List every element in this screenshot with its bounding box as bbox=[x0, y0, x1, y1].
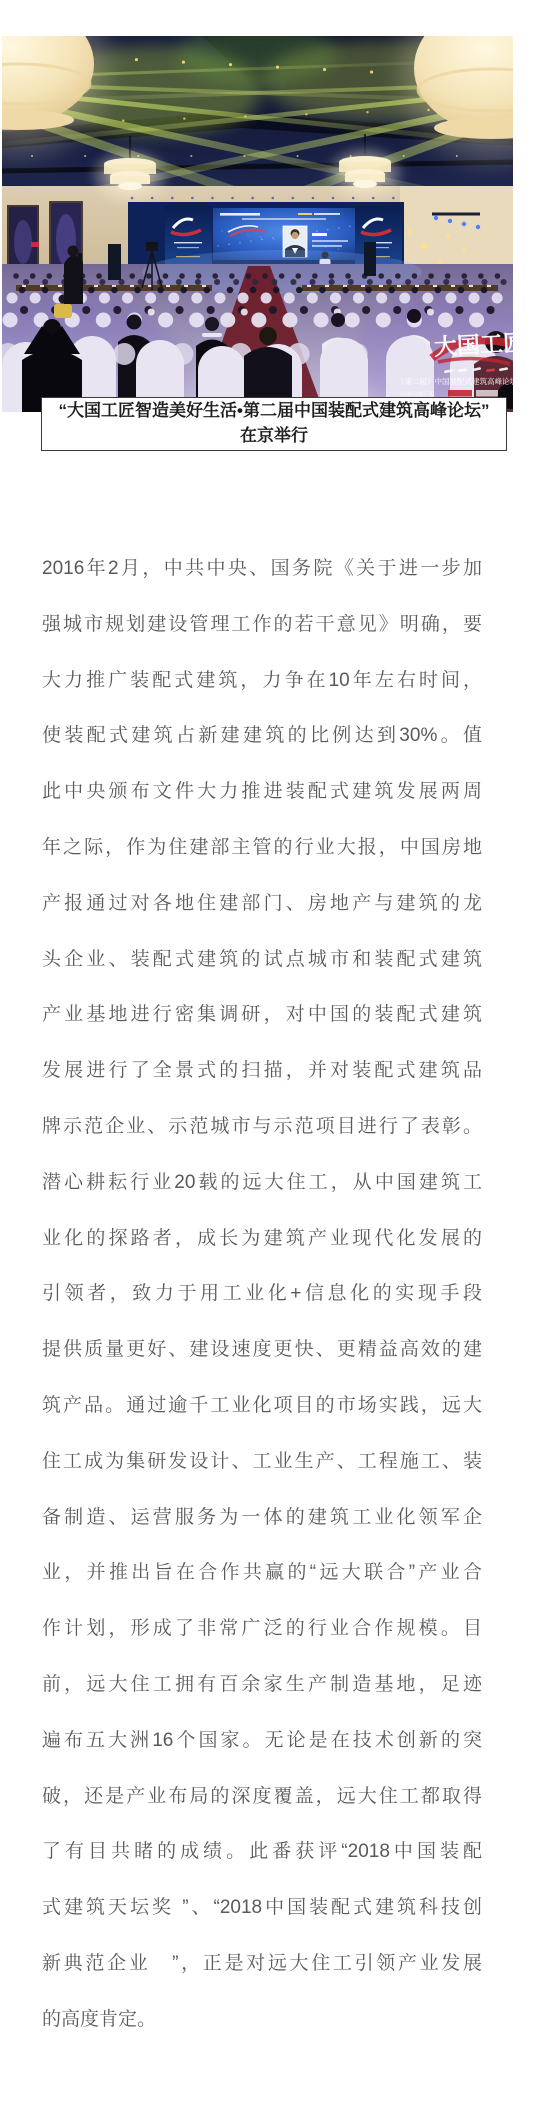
photo-caption: “大国工匠智造美好生活•第二届中国装配式建筑高峰论坛” 在京举行 bbox=[41, 397, 507, 451]
article-line: 筑产品。通过逾千工业化项目的市场实践，远大 bbox=[42, 1378, 482, 1434]
caption-line-1: “大国工匠智造美好生活•第二届中国装配式建筑高峰论坛” bbox=[42, 399, 506, 424]
article-line: 使装配式建筑占新建建筑的比例达到30%。值 bbox=[42, 708, 482, 764]
article-line: 遍布五大洲16个国家。无论是在技术创新的突 bbox=[42, 1713, 482, 1769]
article-line: 牌示范企业、示范城市与示范项目进行了表彰。 bbox=[42, 1099, 482, 1155]
article-line: 引领者，致力于用工业化+信息化的实现手段 bbox=[42, 1266, 482, 1322]
article-line: 发展进行了全景式的扫描，并对装配式建筑品 bbox=[42, 1043, 482, 1099]
watermark-subtitle: （第二届）中国装配式建筑高峰论坛 bbox=[397, 376, 513, 386]
caption-line-2: 在京举行 bbox=[42, 424, 506, 449]
article-line: 前，远大住工拥有百余家生产制造基地，足迹 bbox=[42, 1657, 482, 1713]
article-line: 破，还是产业布局的深度覆盖，远大住工都取得 bbox=[42, 1769, 482, 1825]
article-line: 新典范企业 ”，正是对远大住工引领产业发展 bbox=[42, 1936, 482, 1992]
article-line: 此中央颁布文件大力推进装配式建筑发展两周 bbox=[42, 764, 482, 820]
article-line: 备制造、运营服务为一体的建筑工业化领军企 bbox=[42, 1490, 482, 1546]
article-body: 2016年2月，中共中央、国务院《关于进一步加 强城市规划建设管理工作的若干意见… bbox=[42, 541, 482, 2048]
article-line: 大力推广装配式建筑，力争在10年左右时间， bbox=[42, 653, 482, 709]
article-line: 了有目共睹的成绩。此番获评“2018中国装配 bbox=[42, 1824, 482, 1880]
article-line: 强城市规划建设管理工作的若干意见》明确，要 bbox=[42, 597, 482, 653]
article-line: 提供质量更好、建设速度更快、更精益高效的建 bbox=[42, 1322, 482, 1378]
article-line: 产报通过对各地住建部门、房地产与建筑的龙 bbox=[42, 876, 482, 932]
article-line: 潜心耕耘行业20载的远大住工，从中国建筑工 bbox=[42, 1155, 482, 1211]
article-line: 作计划，形成了非常广泛的行业合作规模。目 bbox=[42, 1601, 482, 1657]
article-line: 产业基地进行密集调研，对中国的装配式建筑 bbox=[42, 987, 482, 1043]
article-line: 业化的探路者，成长为建筑产业现代化发展的 bbox=[42, 1211, 482, 1267]
article-line: 年之际，作为住建部主管的行业大报，中国房地 bbox=[42, 820, 482, 876]
article-line: 头企业、装配式建筑的试点城市和装配式建筑 bbox=[42, 932, 482, 988]
article-line: 2016年2月，中共中央、国务院《关于进一步加 bbox=[42, 541, 482, 597]
article-line: 的高度肯定。 bbox=[42, 1992, 482, 2048]
article-line: 业，并推出旨在合作共赢的“远大联合”产业合 bbox=[42, 1545, 482, 1601]
watermark-title: 大国工匠 bbox=[433, 329, 513, 360]
article-page: 大国工匠 （第二届）中国装配式建筑高峰论坛 中国房地产报 “大国工匠智造美好生活… bbox=[0, 0, 550, 2112]
article-line: 式建筑天坛奖 ”、“2018中国装配式建筑科技创 bbox=[42, 1880, 482, 1936]
conference-photo: 大国工匠 （第二届）中国装配式建筑高峰论坛 中国房地产报 bbox=[2, 36, 513, 412]
article-line: 住工成为集研发设计、工业生产、工程施工、装 bbox=[42, 1434, 482, 1490]
